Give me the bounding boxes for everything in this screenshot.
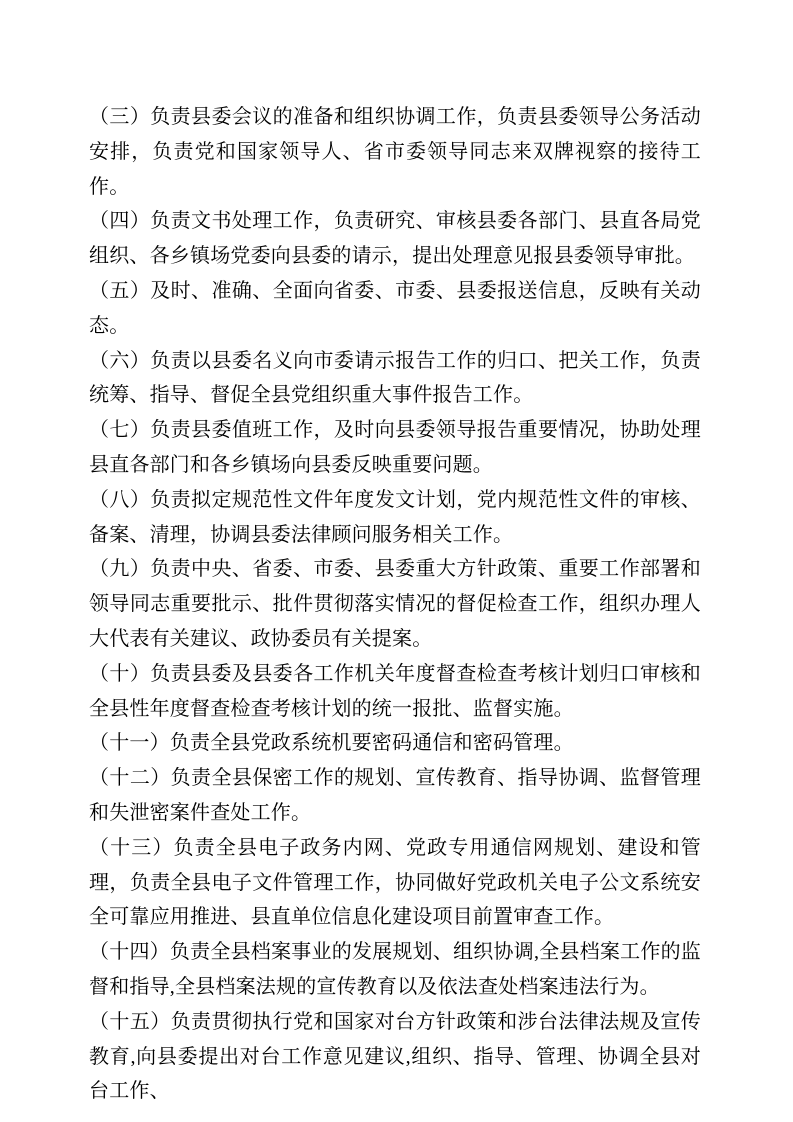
document-page: （三）负责县委会议的准备和组织协调工作，负责县委领导公务活动安排，负责党和国家领… <box>0 0 793 1122</box>
paragraph-item-9: （九）负责中央、省委、市委、县委重大方针政策、重要工作部署和领导同志重要批示、批… <box>89 552 701 656</box>
paragraph-item-7: （七）负责县委值班工作，及时向县委领导报告重要情况，协助处理县直各部门和各乡镇场… <box>89 413 701 483</box>
paragraph-item-15: （十五）负责贯彻执行党和国家对台方针政策和涉台法律法规及宣传教育,向县委提出对台… <box>89 1005 701 1109</box>
paragraph-item-13: （十三）负责全县电子政务内网、党政专用通信网规划、建设和管理，负责全县电子文件管… <box>89 831 701 935</box>
document-body: （三）负责县委会议的准备和组织协调工作，负责县委领导公务活动安排，负责党和国家领… <box>89 100 701 1109</box>
paragraph-item-11: （十一）负责全县党政系统机要密码通信和密码管理。 <box>89 726 701 761</box>
paragraph-item-3: （三）负责县委会议的准备和组织协调工作，负责县委领导公务活动安排，负责党和国家领… <box>89 100 701 204</box>
paragraph-item-8: （八）负责拟定规范性文件年度发文计划，党内规范性文件的审核、备案、清理，协调县委… <box>89 483 701 553</box>
paragraph-item-12: （十二）负责全县保密工作的规划、宣传教育、指导协调、监督管理和失泄密案件查处工作… <box>89 761 701 831</box>
paragraph-item-10: （十）负责县委及县委各工作机关年度督查检查考核计划归口审核和全县性年度督查检查考… <box>89 657 701 727</box>
paragraph-item-5: （五）及时、准确、全面向省委、市委、县委报送信息，反映有关动态。 <box>89 274 701 344</box>
paragraph-item-6: （六）负责以县委名义向市委请示报告工作的归口、把关工作，负责统筹、指导、督促全县… <box>89 344 701 414</box>
paragraph-item-14: （十四）负责全县档案事业的发展规划、组织协调,全县档案工作的监督和指导,全县档案… <box>89 935 701 1005</box>
paragraph-item-4: （四）负责文书处理工作，负责研究、审核县委各部门、县直各局党组织、各乡镇场党委向… <box>89 204 701 274</box>
